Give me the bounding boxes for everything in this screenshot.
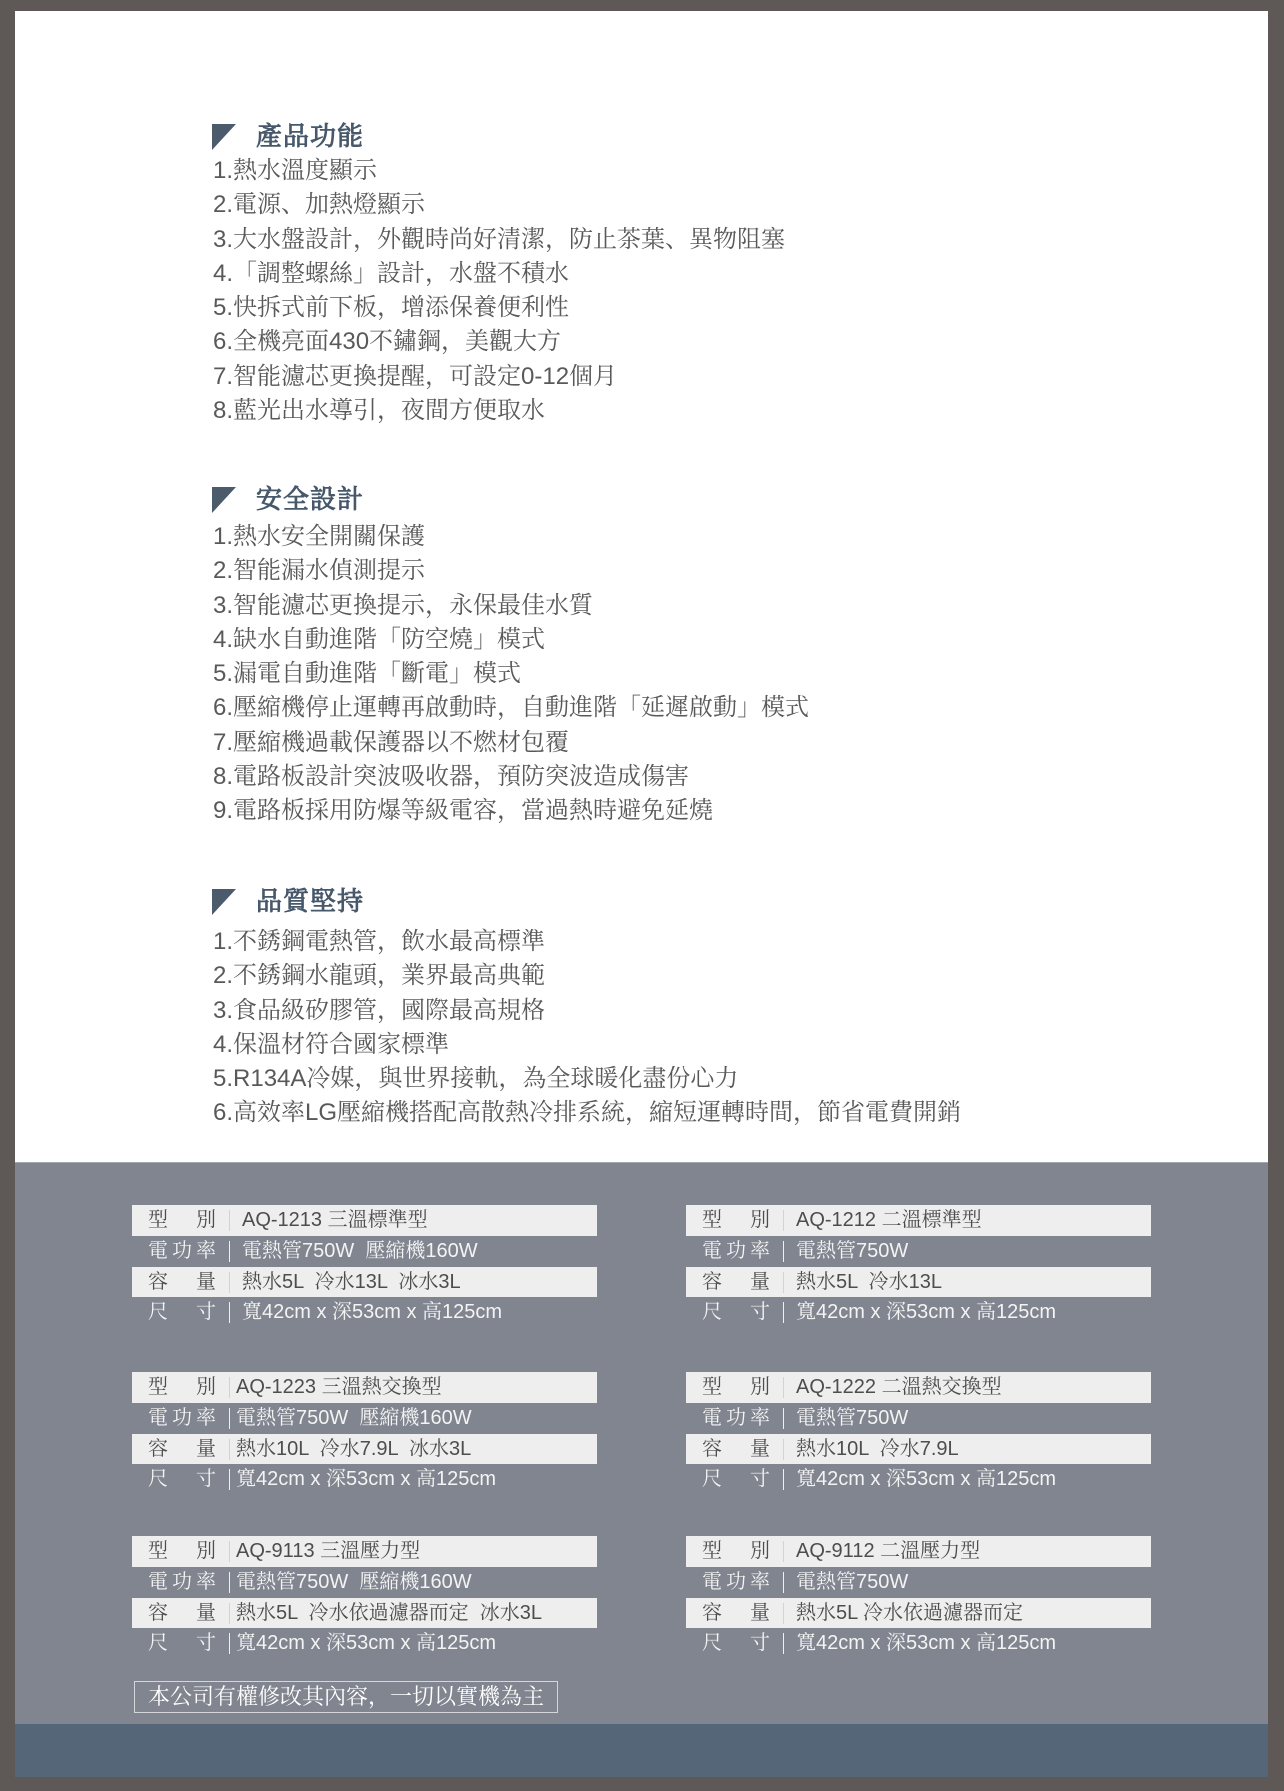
spec-row-size: 尺寸 寬42cm x 深53cm x 高125cm [686,1628,1151,1659]
spec-value: 電熱管750W [796,1236,908,1267]
list-item: 4.缺水自動進階「防空燒」模式 [213,623,809,657]
spec-label: 電功率 [702,1236,770,1267]
divider [229,1603,230,1624]
divider [229,1210,230,1231]
spec-row-model: 型別 AQ-9113 三溫壓力型 [132,1536,597,1567]
spec-row-model: 型別 AQ-1223 三溫熱交換型 [132,1372,597,1403]
spec-label: 尺寸 [148,1297,216,1328]
section-heading-safety: 安全設計 [212,483,364,517]
spec-value: 寬42cm x 深53cm x 高125cm [796,1464,1056,1495]
spec-value: 寬42cm x 深53cm x 高125cm [796,1297,1056,1328]
spec-label: 容量 [702,1598,770,1629]
spec-row-capacity: 容量 熱水5L 冷水依過濾器而定 冰水3L [132,1598,597,1629]
divider [783,1469,784,1490]
divider [229,1572,230,1593]
spec-value: AQ-1222 二溫熱交換型 [796,1372,1002,1403]
spec-row-capacity: 容量 熱水5L 冷水13L [686,1267,1151,1298]
quality-list: 1.不銹鋼電熱管，飲水最高標準 2.不銹鋼水龍頭，業界最高典範 3.食品級矽膠管… [213,925,961,1131]
divider [783,1439,784,1460]
spec-value: 電熱管750W 壓縮機160W [236,1403,472,1434]
divider [229,1302,230,1323]
spec-row-size: 尺寸 寬42cm x 深53cm x 高125cm [132,1464,597,1495]
list-item: 5.漏電自動進階「斷電」模式 [213,657,809,691]
list-item: 6.壓縮機停止運轉再啟動時，自動進階「延遲啟動」模式 [213,691,809,725]
spec-row-capacity: 容量 熱水5L 冷水13L 冰水3L [132,1267,597,1298]
section-title: 安全設計 [256,483,364,517]
list-item: 2.不銹鋼水龍頭，業界最高典範 [213,959,961,993]
spec-label: 型別 [702,1205,770,1236]
spec-label: 尺寸 [702,1628,770,1659]
spec-row-power: 電功率 電熱管750W 壓縮機160W [132,1236,597,1267]
divider [783,1302,784,1323]
spec-label: 電功率 [702,1567,770,1598]
list-item: 5.R134A冷媒，與世界接軌，為全球暖化盡份心力 [213,1062,961,1096]
spec-row-size: 尺寸 寬42cm x 深53cm x 高125cm [686,1464,1151,1495]
footer-band [15,1724,1268,1777]
divider [229,1377,230,1398]
product-spec-page: 產品功能 1.熱水溫度顯示 2.電源、加熱燈顯示 3.大水盤設計，外觀時尚好清潔… [15,11,1268,1777]
spec-row-power: 電功率 電熱管750W 壓縮機160W [132,1403,597,1434]
safety-list: 1.熱水安全開關保護 2.智能漏水偵測提示 3.智能濾芯更換提示，永保最佳水質 … [213,520,809,829]
spec-box-aq-9113: 型別 AQ-9113 三溫壓力型 電功率 電熱管750W 壓縮機160W 容量 … [132,1536,597,1659]
list-item: 1.熱水溫度顯示 [213,154,785,188]
divider [229,1408,230,1429]
divider [783,1272,784,1293]
divider [783,1603,784,1624]
spec-label: 容量 [702,1267,770,1298]
spec-label: 型別 [148,1536,216,1567]
spec-value: 熱水5L 冷水依過濾器而定 冰水3L [236,1598,542,1629]
spec-value: AQ-9113 三溫壓力型 [236,1536,420,1567]
divider [783,1377,784,1398]
triangle-marker-icon [212,124,236,150]
list-item: 1.熱水安全開關保護 [213,520,809,554]
spec-label: 尺寸 [702,1464,770,1495]
spec-label: 尺寸 [148,1628,216,1659]
spec-row-model: 型別 AQ-1213 三溫標準型 [132,1205,597,1236]
spec-label: 尺寸 [702,1297,770,1328]
spec-value: 寬42cm x 深53cm x 高125cm [796,1628,1056,1659]
divider [229,1633,230,1654]
spec-row-size: 尺寸 寬42cm x 深53cm x 高125cm [132,1297,597,1328]
divider [783,1541,784,1562]
divider [229,1241,230,1262]
spec-row-power: 電功率 電熱管750W [686,1236,1151,1267]
spec-value: 熱水5L 冷水依過濾器而定 [796,1598,1023,1629]
spec-row-capacity: 容量 熱水10L 冷水7.9L 冰水3L [132,1434,597,1465]
disclaimer-note: 本公司有權修改其內容，一切以實機為主 [134,1681,558,1713]
list-item: 6.全機亮面430不鏽鋼，美觀大方 [213,325,785,359]
list-item: 1.不銹鋼電熱管，飲水最高標準 [213,925,961,959]
features-list: 1.熱水溫度顯示 2.電源、加熱燈顯示 3.大水盤設計，外觀時尚好清潔，防止茶葉… [213,154,785,428]
spec-label: 容量 [148,1434,216,1465]
triangle-marker-icon [212,487,236,513]
list-item: 2.電源、加熱燈顯示 [213,188,785,222]
spec-label: 型別 [148,1205,216,1236]
spec-value: 熱水5L 冷水13L 冰水3L [242,1267,461,1298]
spec-value: 寬42cm x 深53cm x 高125cm [242,1297,502,1328]
spec-value: 熱水5L 冷水13L [796,1267,942,1298]
spec-box-aq-1213: 型別 AQ-1213 三溫標準型 電功率 電熱管750W 壓縮機160W 容量 … [132,1205,597,1328]
spec-row-power: 電功率 電熱管750W [686,1567,1151,1598]
spec-value: 熱水10L 冷水7.9L [796,1434,959,1465]
list-item: 6.高效率LG壓縮機搭配高散熱冷排系統，縮短運轉時間，節省電費開銷 [213,1096,961,1130]
spec-value: 熱水10L 冷水7.9L 冰水3L [236,1434,471,1465]
spec-box-aq-9112: 型別 AQ-9112 二溫壓力型 電功率 電熱管750W 容量 熱水5L 冷水依… [686,1536,1151,1659]
list-item: 4.「調整螺絲」設計，水盤不積水 [213,257,785,291]
spec-row-capacity: 容量 熱水5L 冷水依過濾器而定 [686,1598,1151,1629]
spec-row-model: 型別 AQ-9112 二溫壓力型 [686,1536,1151,1567]
list-item: 7.壓縮機過載保護器以不燃材包覆 [213,726,809,760]
spec-row-size: 尺寸 寬42cm x 深53cm x 高125cm [132,1628,597,1659]
section-title: 產品功能 [256,120,364,154]
spec-value: 寬42cm x 深53cm x 高125cm [236,1464,496,1495]
divider [783,1572,784,1593]
spec-row-power: 電功率 電熱管750W 壓縮機160W [132,1567,597,1598]
spec-label: 型別 [702,1536,770,1567]
list-item: 7.智能濾芯更換提醒，可設定0-12個月 [213,360,785,394]
spec-label: 電功率 [148,1567,216,1598]
list-item: 9.電路板採用防爆等級電容，當過熱時避免延燒 [213,794,809,828]
spec-row-size: 尺寸 寬42cm x 深53cm x 高125cm [686,1297,1151,1328]
divider [783,1210,784,1231]
list-item: 3.智能濾芯更換提示，永保最佳水質 [213,589,809,623]
spec-value: AQ-1213 三溫標準型 [242,1205,428,1236]
spec-box-aq-1212: 型別 AQ-1212 二溫標準型 電功率 電熱管750W 容量 熱水5L 冷水1… [686,1205,1151,1328]
spec-label: 型別 [148,1372,216,1403]
divider [783,1408,784,1429]
divider [783,1241,784,1262]
spec-value: 電熱管750W [796,1567,908,1598]
list-item: 4.保溫材符合國家標準 [213,1028,961,1062]
spec-box-aq-1223: 型別 AQ-1223 三溫熱交換型 電功率 電熱管750W 壓縮機160W 容量… [132,1372,597,1495]
spec-row-model: 型別 AQ-1212 二溫標準型 [686,1205,1151,1236]
list-item: 3.大水盤設計，外觀時尚好清潔，防止茶葉、異物阻塞 [213,223,785,257]
list-item: 8.藍光出水導引，夜間方便取水 [213,394,785,428]
spec-row-power: 電功率 電熱管750W [686,1403,1151,1434]
divider [229,1469,230,1490]
spec-value: 電熱管750W 壓縮機160W [236,1567,472,1598]
section-heading-quality: 品質堅持 [212,885,364,919]
section-title: 品質堅持 [256,885,364,919]
divider [783,1633,784,1654]
list-item: 5.快拆式前下板，增添保養便利性 [213,291,785,325]
list-item: 3.食品級矽膠管，國際最高規格 [213,994,961,1028]
spec-value: AQ-1212 二溫標準型 [796,1205,982,1236]
list-item: 2.智能漏水偵測提示 [213,554,809,588]
divider [229,1439,230,1460]
spec-label: 容量 [702,1434,770,1465]
section-heading-features: 產品功能 [212,120,364,154]
spec-value: 寬42cm x 深53cm x 高125cm [236,1628,496,1659]
spec-label: 容量 [148,1267,216,1298]
spec-label: 型別 [702,1372,770,1403]
spec-label: 尺寸 [148,1464,216,1495]
spec-label: 電功率 [702,1403,770,1434]
spec-value: 電熱管750W 壓縮機160W [242,1236,478,1267]
spec-label: 容量 [148,1598,216,1629]
spec-row-model: 型別 AQ-1222 二溫熱交換型 [686,1372,1151,1403]
spec-value: AQ-9112 二溫壓力型 [796,1536,980,1567]
spec-box-aq-1222: 型別 AQ-1222 二溫熱交換型 電功率 電熱管750W 容量 熱水10L 冷… [686,1372,1151,1495]
list-item: 8.電路板設計突波吸收器，預防突波造成傷害 [213,760,809,794]
spec-label: 電功率 [148,1403,216,1434]
spec-row-capacity: 容量 熱水10L 冷水7.9L [686,1434,1151,1465]
spec-value: AQ-1223 三溫熱交換型 [236,1372,442,1403]
triangle-marker-icon [212,889,236,915]
divider [229,1272,230,1293]
spec-value: 電熱管750W [796,1403,908,1434]
spec-label: 電功率 [148,1236,216,1267]
divider [229,1541,230,1562]
